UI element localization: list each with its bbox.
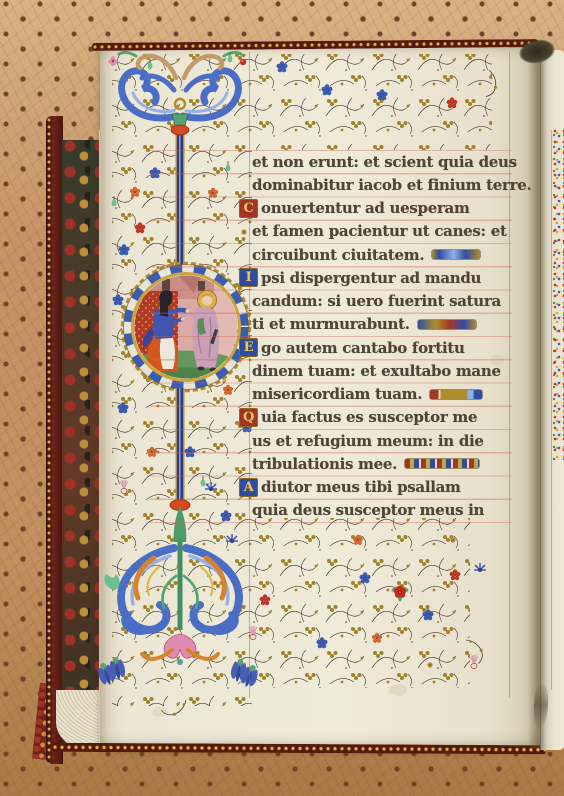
- line-filler: [430, 390, 482, 399]
- line-text: et non erunt: et scient quia deus: [252, 153, 517, 171]
- facing-page-decoration: [553, 128, 564, 460]
- line-text: candum: si uero fuerint satura: [252, 292, 501, 310]
- text-line: dominabitur iacob et finium terre.: [252, 173, 512, 196]
- text-line: ti et murmurabunt.: [252, 313, 512, 336]
- line-text: et famen pacientur ut canes: et: [252, 222, 507, 240]
- line-filler: [405, 459, 479, 468]
- line-text: quia deus susceptor meus in: [252, 501, 484, 519]
- line-text: us et refugium meum: in die: [252, 432, 484, 450]
- spine-edge: [46, 116, 63, 764]
- text-line: Conuertentur ad uesperam: [239, 197, 512, 220]
- line-text: ti et murmurabunt.: [252, 315, 410, 333]
- line-text: onuertentur ad uesperam: [261, 199, 470, 217]
- line-text: tribulationis mee.: [252, 455, 397, 473]
- text-block: et non erunt: et scient quia deus domina…: [252, 150, 512, 522]
- line-text: diutor meus tibi psallam: [261, 478, 461, 496]
- text-line: Ipsi dispergentur ad mandu: [239, 266, 512, 289]
- vertical-ruling-left: [249, 52, 250, 698]
- illuminated-initial: E: [239, 338, 258, 357]
- line-filler: [432, 250, 480, 259]
- text-line: dinem tuam: et exultabo mane: [252, 359, 512, 382]
- line-filler: [418, 320, 476, 329]
- text-line: et non erunt: et scient quia deus: [252, 150, 512, 173]
- text-line: circuibunt ciuitatem.: [252, 243, 512, 266]
- text-line: misericordiam tuam.: [252, 383, 512, 406]
- illuminated-initial: C: [239, 199, 258, 218]
- text-line: Quia factus es susceptor me: [239, 406, 512, 429]
- line-text: uia factus es susceptor me: [261, 408, 477, 426]
- text-line: Ego autem cantabo fortitu: [239, 336, 512, 359]
- line-text: misericordiam tuam.: [252, 385, 422, 403]
- line-text: dominabitur iacob et finium terre.: [252, 176, 531, 194]
- line-text: dinem tuam: et exultabo mane: [252, 362, 501, 380]
- text-line: Adiutor meus tibi psallam: [239, 476, 512, 499]
- text-line: quia deus susceptor meus in: [252, 499, 512, 522]
- line-text: circuibunt ciuitatem.: [252, 246, 424, 264]
- text-line: tribulationis mee.: [252, 452, 512, 475]
- text-line: et famen pacientur ut canes: et: [252, 220, 512, 243]
- illuminated-initial: Q: [239, 408, 258, 427]
- marbled-endpaper: [62, 140, 101, 744]
- line-text: psi dispergentur ad mandu: [261, 269, 481, 287]
- text-line: candum: si uero fuerint satura: [252, 290, 512, 313]
- line-text: go autem cantabo fortitu: [261, 339, 465, 357]
- illuminated-initial: I: [239, 268, 258, 287]
- facing-page-ruling: [551, 130, 552, 690]
- manuscript-photo: et non erunt: et scient quia deus domina…: [0, 0, 564, 796]
- text-line: us et refugium meum: in die: [252, 429, 512, 452]
- illuminated-initial: A: [239, 478, 258, 497]
